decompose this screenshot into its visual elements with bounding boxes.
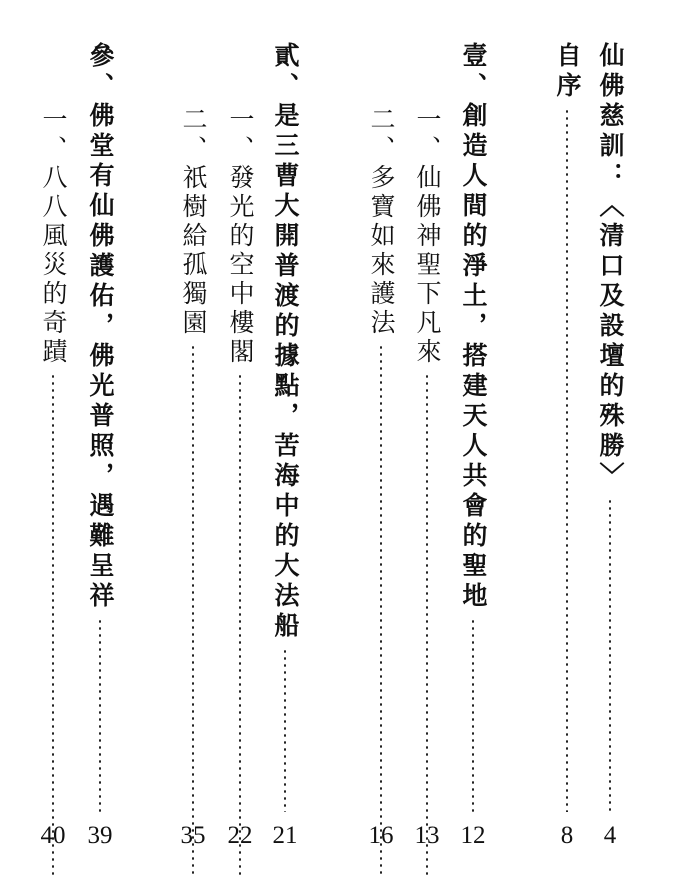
page-number: 22 — [218, 822, 262, 850]
dot-leader — [99, 618, 101, 812]
toc-title: 一、八八風災的奇蹟 — [38, 106, 68, 367]
toc-title: 貳、是三曹大開普渡的據點，苦海中的大法船 — [270, 42, 300, 642]
toc-entry-chapter-2[interactable]: 貳、是三曹大開普渡的據點，苦海中的大法船 — [270, 42, 300, 812]
page-number: 13 — [405, 822, 449, 850]
toc-entry-2-1[interactable]: 一、發光的空中樓閣 — [225, 106, 255, 876]
page-number: 39 — [78, 822, 122, 850]
toc-title: 參、佛堂有仙佛護佑，佛光普照，遇難呈祥 — [85, 42, 115, 612]
toc-title: 二、多寶如來護法 — [366, 106, 396, 338]
page-number: 40 — [31, 822, 75, 850]
page-number: 16 — [359, 822, 403, 850]
toc-title: 一、發光的空中樓閣 — [225, 106, 255, 367]
dot-leader — [52, 373, 54, 876]
dot-leader — [609, 498, 611, 812]
toc-entry-1-1[interactable]: 一、仙佛神聖下凡來 — [412, 106, 442, 876]
dot-leader — [192, 344, 194, 876]
toc-title: 仙佛慈訓：〈清口及設壇的殊勝〉 — [595, 42, 625, 492]
toc-entry-2-2[interactable]: 二、祇樹給孤獨園 — [178, 106, 208, 876]
toc-entry-1-2[interactable]: 二、多寶如來護法 — [366, 106, 396, 876]
toc-entry-chapter-1[interactable]: 壹、創造人間的淨土，搭建天人共會的聖地 — [458, 42, 488, 812]
toc-title: 壹、創造人間的淨土，搭建天人共會的聖地 — [458, 42, 488, 612]
toc-title: 一、仙佛神聖下凡來 — [412, 106, 442, 367]
page-number: 21 — [263, 822, 307, 850]
toc-title: 二、祇樹給孤獨園 — [178, 106, 208, 338]
dot-leader — [472, 618, 474, 812]
page-number: 8 — [545, 822, 589, 850]
dot-leader — [284, 648, 286, 812]
toc-entry-chapter-3[interactable]: 參、佛堂有仙佛護佑，佛光普照，遇難呈祥 — [85, 42, 115, 812]
toc-entry-author-preface[interactable]: 自序 — [552, 42, 582, 812]
toc-entry-3-1[interactable]: 一、八八風災的奇蹟 — [38, 106, 68, 876]
dot-leader — [566, 108, 568, 812]
dot-leader — [239, 373, 241, 876]
page-number: 4 — [588, 822, 632, 850]
page-number: 12 — [451, 822, 495, 850]
page-number: 35 — [171, 822, 215, 850]
dot-leader — [380, 344, 382, 876]
toc-entry-preface-teaching[interactable]: 仙佛慈訓：〈清口及設壇的殊勝〉 — [595, 42, 625, 812]
toc-title: 自序 — [552, 42, 582, 102]
dot-leader — [426, 373, 428, 876]
